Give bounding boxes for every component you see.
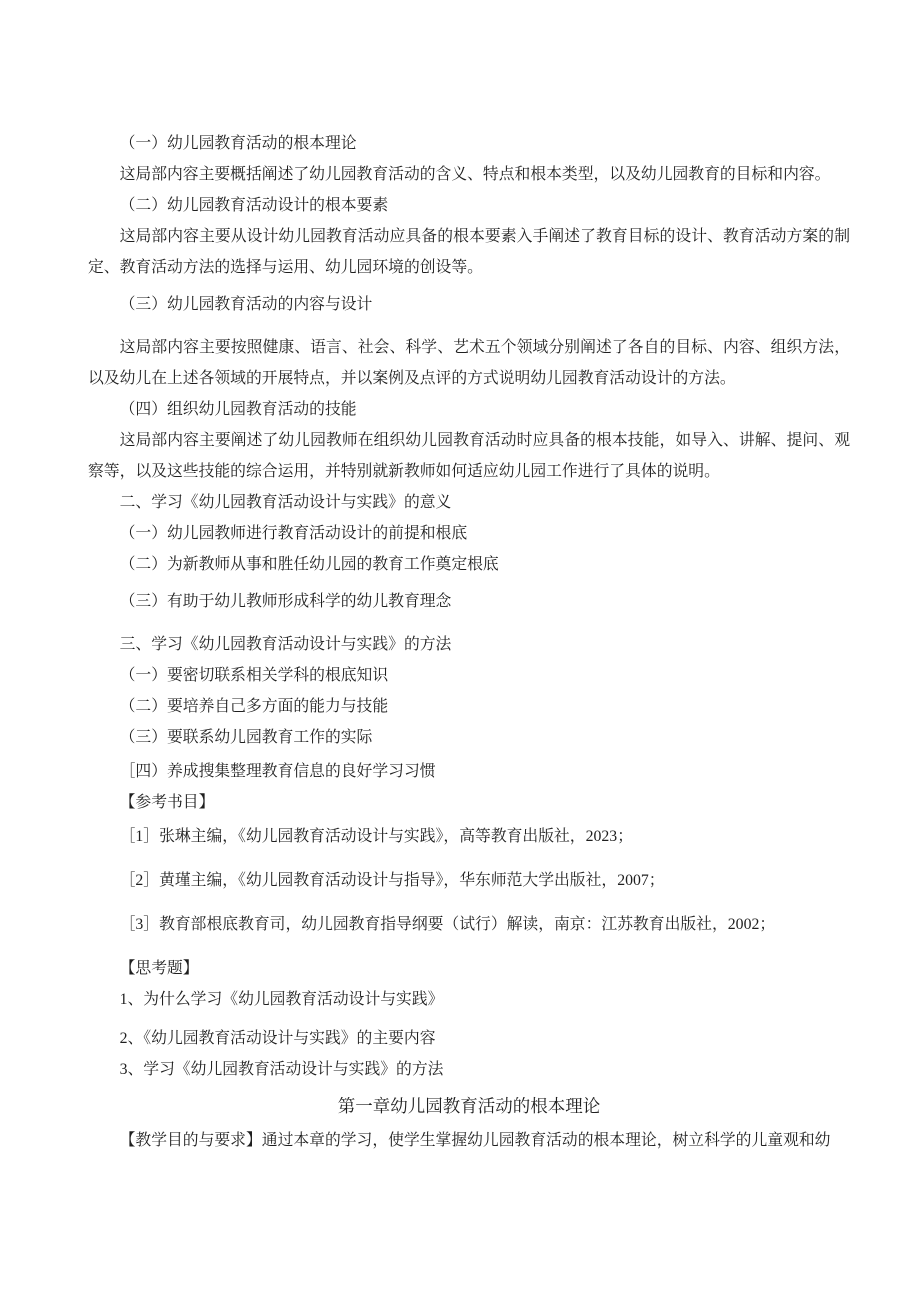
section-two-point: （一）幼儿园教师进行教育活动设计的前提和根底 — [88, 518, 850, 549]
reference-item: ［2］黄瑾主编，《幼儿园教育活动设计与指导》，华东师范大学出版社，2007； — [88, 865, 850, 896]
document-body: （一）幼儿园教育活动的根本理论 这局部内容主要概括阐述了幼儿园教育活动的含义、特… — [88, 128, 850, 1156]
overview-sub4-heading: （四）组织幼儿园教育活动的技能 — [88, 394, 850, 425]
question-item: 2、《幼儿园教育活动设计与实践》的主要内容 — [88, 1023, 850, 1054]
overview-sub4-body: 这局部内容主要阐述了幼儿园教师在组织幼儿园教育活动时应具备的根本技能，如导入、讲… — [88, 425, 850, 487]
question-item: 1、为什么学习《幼儿园教育活动设计与实践》 — [88, 984, 850, 1015]
overview-sub2-body: 这局部内容主要从设计幼儿园教育活动应具备的根本要素入手阐述了教育目标的设计、教育… — [88, 221, 850, 283]
chapter-one-title: 第一章幼儿园教育活动的根本理论 — [88, 1089, 850, 1124]
reference-item: ［1］张琳主编，《幼儿园教育活动设计与实践》，高等教育出版社，2023； — [88, 821, 850, 852]
questions-heading: 【思考题】 — [88, 953, 850, 984]
chapter-one-intro: 【教学目的与要求】通过本章的学习，使学生掌握幼儿园教育活动的根本理论，树立科学的… — [88, 1125, 850, 1156]
question-item: 3、学习《幼儿园教育活动设计与实践》的方法 — [88, 1054, 850, 1085]
section-three-point: （二）要培养自己多方面的能力与技能 — [88, 691, 850, 722]
overview-sub3-heading: （三）幼儿园教育活动的内容与设计 — [88, 289, 850, 320]
section-three-point: （三）要联系幼儿园教育工作的实际 — [88, 722, 850, 753]
section-two-point: （三）有助于幼儿教师形成科学的幼儿教育理念 — [88, 586, 850, 617]
overview-sub3-body: 这局部内容主要按照健康、语言、社会、科学、艺术五个领域分别阐述了各自的目标、内容… — [88, 332, 850, 394]
reference-item: ［3］教育部根底教育司，幼儿园教育指导纲要（试行）解读，南京：江苏教育出版社，2… — [88, 909, 850, 940]
section-three-point: ［四）养成搜集整理教育信息的良好学习习惯 — [88, 756, 850, 787]
overview-sub1-heading: （一）幼儿园教育活动的根本理论 — [88, 128, 850, 159]
section-two-heading: 二、学习《幼儿园教育活动设计与实践》的意义 — [88, 487, 850, 518]
document-page: （一）幼儿园教育活动的根本理论 这局部内容主要概括阐述了幼儿园教育活动的含义、特… — [0, 0, 920, 1301]
overview-sub2-heading: （二）幼儿园教育活动设计的根本要素 — [88, 190, 850, 221]
section-three-heading: 三、学习《幼儿园教育活动设计与实践》的方法 — [88, 629, 850, 660]
section-two-point: （二）为新教师从事和胜任幼儿园的教育工作奠定根底 — [88, 549, 850, 580]
overview-sub1-body: 这局部内容主要概括阐述了幼儿园教育活动的含义、特点和根本类型，以及幼儿园教育的目… — [88, 159, 850, 190]
section-three-point: （一）要密切联系相关学科的根底知识 — [88, 660, 850, 691]
references-heading: 【参考书目】 — [88, 787, 850, 818]
